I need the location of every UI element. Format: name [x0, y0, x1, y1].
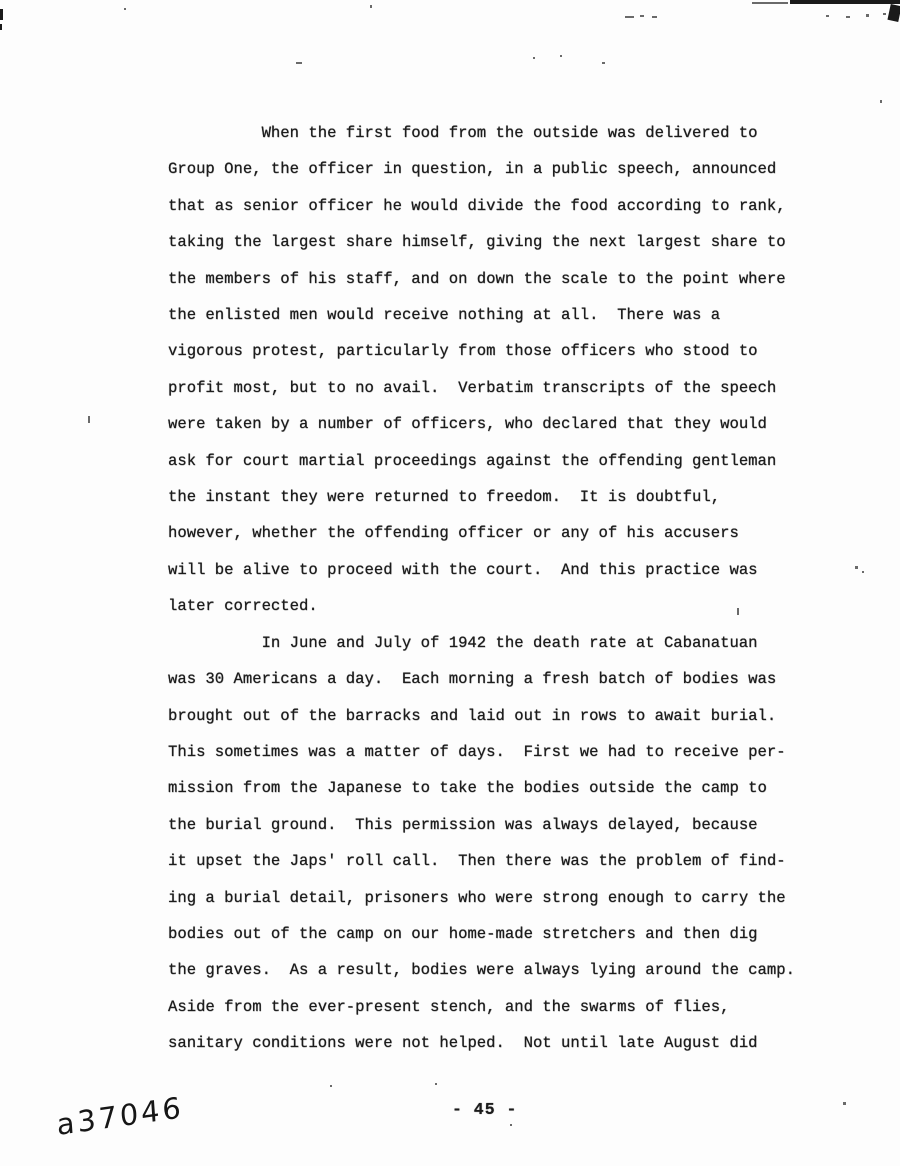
typed-line: that as senior officer he would divide t… [168, 188, 868, 224]
corner-blob [887, 4, 900, 22]
scan-speck [435, 1083, 437, 1085]
typed-line: Group One, the officer in question, in a… [168, 151, 868, 187]
scan-speck [370, 5, 372, 8]
scan-speck [88, 416, 90, 423]
typed-line: later corrected. [168, 588, 868, 624]
typed-line: ing a burial detail, prisoners who were … [168, 880, 868, 916]
scan-speck [880, 100, 882, 103]
scan-speck [296, 62, 302, 64]
document-page: When the first food from the outside was… [0, 0, 900, 1166]
typed-line: sanitary conditions were not helped. Not… [168, 1025, 868, 1061]
scan-speck [640, 15, 644, 17]
left-edge-mark [0, 24, 2, 30]
scan-speck [855, 566, 858, 569]
typed-line: the burial ground. This permission was a… [168, 807, 868, 843]
typed-line: This sometimes was a matter of days. Fir… [168, 734, 868, 770]
handwritten-note: a37046 [56, 1090, 185, 1142]
typed-line: bodies out of the camp on our home-made … [168, 916, 868, 952]
top-edge-band-dashes [752, 2, 788, 4]
typed-line: was 30 Americans a day. Each morning a f… [168, 661, 868, 697]
scan-speck [124, 8, 126, 10]
scan-speck [846, 16, 850, 18]
top-edge-band [790, 0, 900, 4]
page-number: - 45 - [452, 1100, 517, 1119]
typed-line: In June and July of 1942 the death rate … [168, 625, 868, 661]
scan-speck [866, 14, 869, 17]
scan-speck [560, 55, 562, 57]
typed-line: will be alive to proceed with the court.… [168, 552, 868, 588]
scan-speck [737, 608, 739, 615]
typed-line: vigorous protest, particularly from thos… [168, 333, 868, 369]
scan-speck [510, 1124, 512, 1126]
scan-speck [602, 62, 605, 64]
typed-line: the members of his staff, and on down th… [168, 261, 868, 297]
scan-speck [843, 1102, 846, 1105]
typed-line: taking the largest share himself, giving… [168, 224, 868, 260]
typed-line: however, whether the offending officer o… [168, 515, 868, 551]
scan-speck [862, 571, 864, 573]
typed-line: mission from the Japanese to take the bo… [168, 770, 868, 806]
typed-line: When the first food from the outside was… [168, 115, 868, 151]
scan-speck [883, 13, 886, 15]
typed-line: brought out of the barracks and laid out… [168, 698, 868, 734]
scan-speck [625, 16, 634, 18]
typed-line: the graves. As a result, bodies were alw… [168, 952, 868, 988]
typed-line: Aside from the ever-present stench, and … [168, 989, 868, 1025]
left-edge-mark [0, 9, 3, 20]
scan-speck [652, 16, 657, 18]
typed-text-block: When the first food from the outside was… [168, 115, 868, 1062]
typed-line: were taken by a number of officers, who … [168, 406, 868, 442]
scan-speck [533, 57, 535, 59]
typed-line: profit most, but to no avail. Verbatim t… [168, 370, 868, 406]
scan-speck [330, 1085, 332, 1087]
typed-line: the enlisted men would receive nothing a… [168, 297, 868, 333]
typed-line: ask for court martial proceedings agains… [168, 443, 868, 479]
typed-line: it upset the Japs' roll call. Then there… [168, 843, 868, 879]
typed-line: the instant they were returned to freedo… [168, 479, 868, 515]
scan-speck [826, 15, 829, 17]
